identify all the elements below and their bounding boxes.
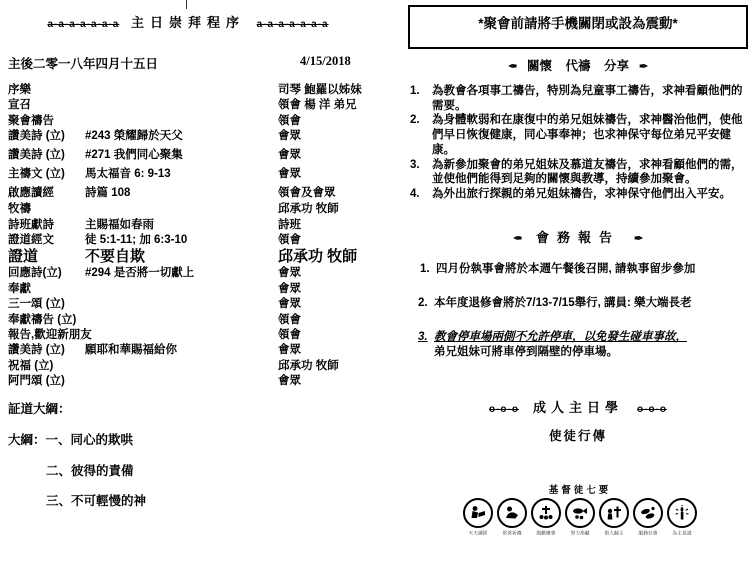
table-row: 報告,歡迎新朋友領會 (8, 329, 374, 344)
item-number: 1. (410, 84, 432, 113)
program-item: 報告,歡迎新朋友 (8, 329, 85, 344)
item-number: 1. (420, 262, 436, 277)
program-who: 會眾 (278, 375, 374, 390)
logo-labels: 天天讀經 常常祈禱 殷勤聚會 努力奉獻 領人歸主 服務社會 為主見證 (455, 529, 705, 538)
table-row: 讚美詩 (立)#271 我們同心聚集會眾 (8, 149, 374, 168)
care-header-text: 關懷 代禱 分享 (527, 59, 629, 73)
program-detail (85, 298, 278, 313)
program-detail: 馬太福音 6: 9-13 (85, 168, 278, 187)
parking-notice-rest: 弟兄姐妹可將車停到隔壁的停車場。 (434, 346, 618, 358)
program-item: 讚美詩 (立) (8, 130, 85, 149)
sermon-outline-point-2: 二、彼得的責備 (46, 461, 134, 479)
program-item: 詩班獻詩 (8, 219, 85, 234)
parking-notice-underlined: 教會停車場兩側不允許停車，以免發生碰車事故， (434, 331, 687, 343)
worship-program-table: 序樂司琴 鮑羅以姊妹 宣召領會 楊 洋 弟兄 聚會禱告領會 讚美詩 (立)#24… (8, 84, 374, 390)
table-row: 主禱文 (立)馬太福音 6: 9-13會眾 (8, 168, 374, 187)
item-text: 為身體軟弱和在康復中的弟兄姐妹禱告，求神醫治他們，使他們早日恢復健康，同心事奉神… (432, 113, 748, 157)
program-detail (85, 115, 278, 130)
program-who: 領會 楊 洋 弟兄 (278, 99, 374, 114)
program-who: 詩班 (278, 219, 374, 234)
pen-ornament-icon: ✒ (634, 232, 643, 245)
program-who: 邱承功 牧師 (278, 249, 374, 267)
table-row: 祝福 (立)邱承功 牧師 (8, 360, 374, 375)
program-who: 領會 (278, 329, 374, 344)
logo-title: 基督徒七要 (455, 482, 705, 496)
program-who: 會眾 (278, 283, 374, 298)
program-item: 主禱文 (立) (8, 168, 85, 187)
table-row: 序樂司琴 鮑羅以姊妹 (8, 84, 374, 99)
item-number: 3. (418, 330, 434, 360)
sermon-outline-heading: 証道大綱： (8, 399, 71, 417)
lead-people-to-christ-icon (599, 498, 629, 528)
logo-label: 努力奉獻 (568, 529, 592, 536)
program-item: 回應詩(立) (8, 267, 85, 282)
care-prayer-share-header: ✒關懷 代禱 分享✒ (408, 56, 748, 74)
table-row: 奉獻禱告 (立)領會 (8, 314, 374, 329)
pen-ornament-icon: ✒ (508, 60, 517, 73)
table-row: 宣召領會 楊 洋 弟兄 (8, 99, 374, 114)
item-text: 教會停車場兩側不允許停車，以免發生碰車事故，弟兄姐妹可將車停到隔壁的停車場。 (434, 330, 687, 360)
program-detail (85, 203, 278, 218)
adult-sunday-school-header: o-o-o成人主日學o-o-o (408, 397, 748, 416)
item-number: 2. (410, 113, 432, 157)
table-row-sermon: 證道不要自欺邱承功 牧師 (8, 249, 374, 267)
program-who: 會眾 (278, 298, 374, 313)
program-detail: 不要自欺 (85, 249, 278, 267)
program-item: 讚美詩 (立) (8, 344, 85, 359)
diligent-gathering-icon (531, 498, 561, 528)
table-row: 牧禱邱承功 牧師 (8, 203, 374, 218)
table-row: 詩班獻詩主賜福如春雨詩班 (8, 219, 374, 234)
program-item: 證道 (8, 249, 85, 267)
program-item: 祝福 (立) (8, 360, 85, 375)
squiggle-ornament-left: a-a-a-a-a-a-a (47, 19, 119, 30)
chain-ornament: o-o-o (489, 404, 519, 415)
program-who: 領會及會眾 (278, 187, 374, 203)
program-detail: 願耶和華賜福給你 (85, 344, 278, 359)
daily-prayer-icon (497, 498, 527, 528)
list-item: 3. 教會停車場兩側不允許停車，以免發生碰車事故，弟兄姐妹可將車停到隔壁的停車場… (418, 330, 752, 360)
chain-ornament: o-o-o (637, 404, 667, 415)
program-who: 司琴 鮑羅以姊妹 (278, 84, 374, 99)
program-detail (85, 329, 278, 344)
program-who: 邱承功 牧師 (278, 360, 374, 375)
sermon-outline-point-1: 大綱：一、同心的欺哄 (8, 430, 133, 448)
list-item: 1. 四月份執事會將於本週午餐後召開, 請執事留步參加 (420, 262, 752, 277)
program-who: 領會 (278, 115, 374, 130)
program-who: 會眾 (278, 267, 374, 282)
christian-seven-essentials-logo: 基督徒七要 天天讀經 常 (455, 482, 705, 538)
table-row: 啟應讀經詩篇 108領會及會眾 (8, 187, 374, 203)
bulletin-page: a-a-a-a-a-a-a 主日崇拜程序 a-a-a-a-a-a-a 主後二零一… (0, 0, 752, 579)
program-detail (85, 283, 278, 298)
program-item: 牧禱 (8, 203, 85, 218)
program-detail (85, 84, 278, 99)
program-detail (85, 375, 278, 390)
program-item: 奉獻禱告 (立) (8, 314, 85, 329)
date-chinese: 主後二零一八年四月十五日 (8, 54, 158, 72)
fold-mark (186, 0, 187, 9)
item-number: 2. (418, 296, 434, 311)
table-row: 讚美詩 (立)願耶和華賜福給你會眾 (8, 344, 374, 359)
item-number: 4. (410, 187, 432, 202)
program-who: 會眾 (278, 130, 374, 149)
program-detail: 主賜福如春雨 (85, 219, 278, 234)
program-item: 啟應讀經 (8, 187, 85, 203)
list-item: 2. 本年度退修會將於7/13-7/15舉行, 講員: 樂大端長老 (418, 296, 752, 311)
logo-circles (455, 498, 705, 528)
worship-order-title-row: a-a-a-a-a-a-a 主日崇拜程序 a-a-a-a-a-a-a (0, 12, 376, 31)
program-detail (85, 99, 278, 114)
program-detail: #294 是否將一切獻上 (85, 267, 278, 282)
list-item: 3.為新參加聚會的弟兄姐妹及慕道友禱告，求神看顧他們的需，並使他們能得到足夠的關… (410, 158, 748, 187)
item-text: 為外出旅行探親的弟兄姐妹禱告，求神保守他們出入平安。 (432, 187, 748, 202)
sunday-school-title: 成人主日學 (533, 400, 623, 415)
report-header-text: 會務報告 (536, 230, 620, 245)
program-who: 領會 (278, 314, 374, 329)
program-item: 讚美詩 (立) (8, 149, 85, 168)
program-who: 會眾 (278, 149, 374, 168)
program-item: 序樂 (8, 84, 85, 99)
program-detail (85, 360, 278, 375)
item-text: 為新參加聚會的弟兄姐妹及慕道友禱告，求神看顧他們的需，並使他們能得到足夠的關懷與… (432, 158, 748, 187)
list-item: 4.為外出旅行探親的弟兄姐妹禱告，求神保守他們出入平安。 (410, 187, 748, 202)
daily-bible-reading-icon (463, 498, 493, 528)
item-text: 本年度退修會將於7/13-7/15舉行, 講員: 樂大端長老 (434, 296, 692, 311)
program-detail (85, 314, 278, 329)
program-who: 邱承功 牧師 (278, 203, 374, 218)
table-row: 回應詩(立)#294 是否將一切獻上會眾 (8, 267, 374, 282)
witness-for-christ-icon (667, 498, 697, 528)
logo-label: 領人歸主 (602, 529, 626, 536)
logo-label: 殷勤聚會 (534, 529, 558, 536)
phone-notice-text: *聚會前請將手機關閉或設為震動* (478, 16, 678, 31)
sunday-school-topic: 使徒行傳 (408, 426, 748, 444)
program-item: 奉獻 (8, 283, 85, 298)
item-text: 四月份執事會將於本週午餐後召開, 請執事留步參加 (436, 262, 695, 277)
table-row: 三一頌 (立)會眾 (8, 298, 374, 313)
prayer-items-list: 1.為教會各項事工禱告，特別為兒童事工禱告，求神看顧他們的需要。 2.為身體軟弱… (410, 84, 748, 202)
program-item: 三一頌 (立) (8, 298, 85, 313)
date-numeric: 4/15/2018 (300, 54, 351, 69)
logo-label: 常常祈禱 (500, 529, 524, 536)
logo-label: 服務社會 (636, 529, 660, 536)
sermon-outline-point-3: 三、不可輕慢的神 (46, 491, 146, 509)
program-detail: #243 榮耀歸於天父 (85, 130, 278, 149)
program-detail: #271 我們同心聚集 (85, 149, 278, 168)
program-who: 會眾 (278, 344, 374, 359)
program-item: 聚會禱告 (8, 115, 85, 130)
table-row: 聚會禱告領會 (8, 115, 374, 130)
program-item: 宣召 (8, 99, 85, 114)
pen-ornament-icon: ✒ (639, 60, 648, 73)
table-row: 讚美詩 (立)#243 榮耀歸於天父會眾 (8, 130, 374, 149)
program-who: 會眾 (278, 168, 374, 187)
logo-label: 為主見證 (670, 529, 694, 536)
logo-label: 天天讀經 (466, 529, 490, 536)
church-report-header: ✒會務報告✒ (408, 227, 748, 246)
squiggle-ornament-right: a-a-a-a-a-a-a (257, 19, 329, 30)
program-detail: 詩篇 108 (85, 187, 278, 203)
phone-notice-box: *聚會前請將手機關閉或設為震動* (408, 5, 748, 49)
pen-ornament-icon: ✒ (513, 232, 522, 245)
program-item: 阿門頌 (立) (8, 375, 85, 390)
faithful-offering-icon (565, 498, 595, 528)
list-item: 1.為教會各項事工禱告，特別為兒童事工禱告，求神看顧他們的需要。 (410, 84, 748, 113)
list-item: 2.為身體軟弱和在康復中的弟兄姐妹禱告，求神醫治他們，使他們早日恢復健康，同心事… (410, 113, 748, 157)
table-row: 阿門頌 (立)會眾 (8, 375, 374, 390)
page-title: 主日崇拜程序 (131, 15, 245, 30)
serve-society-icon (633, 498, 663, 528)
table-row: 奉獻會眾 (8, 283, 374, 298)
item-text: 為教會各項事工禱告，特別為兒童事工禱告，求神看顧他們的需要。 (432, 84, 748, 113)
item-number: 3. (410, 158, 432, 187)
